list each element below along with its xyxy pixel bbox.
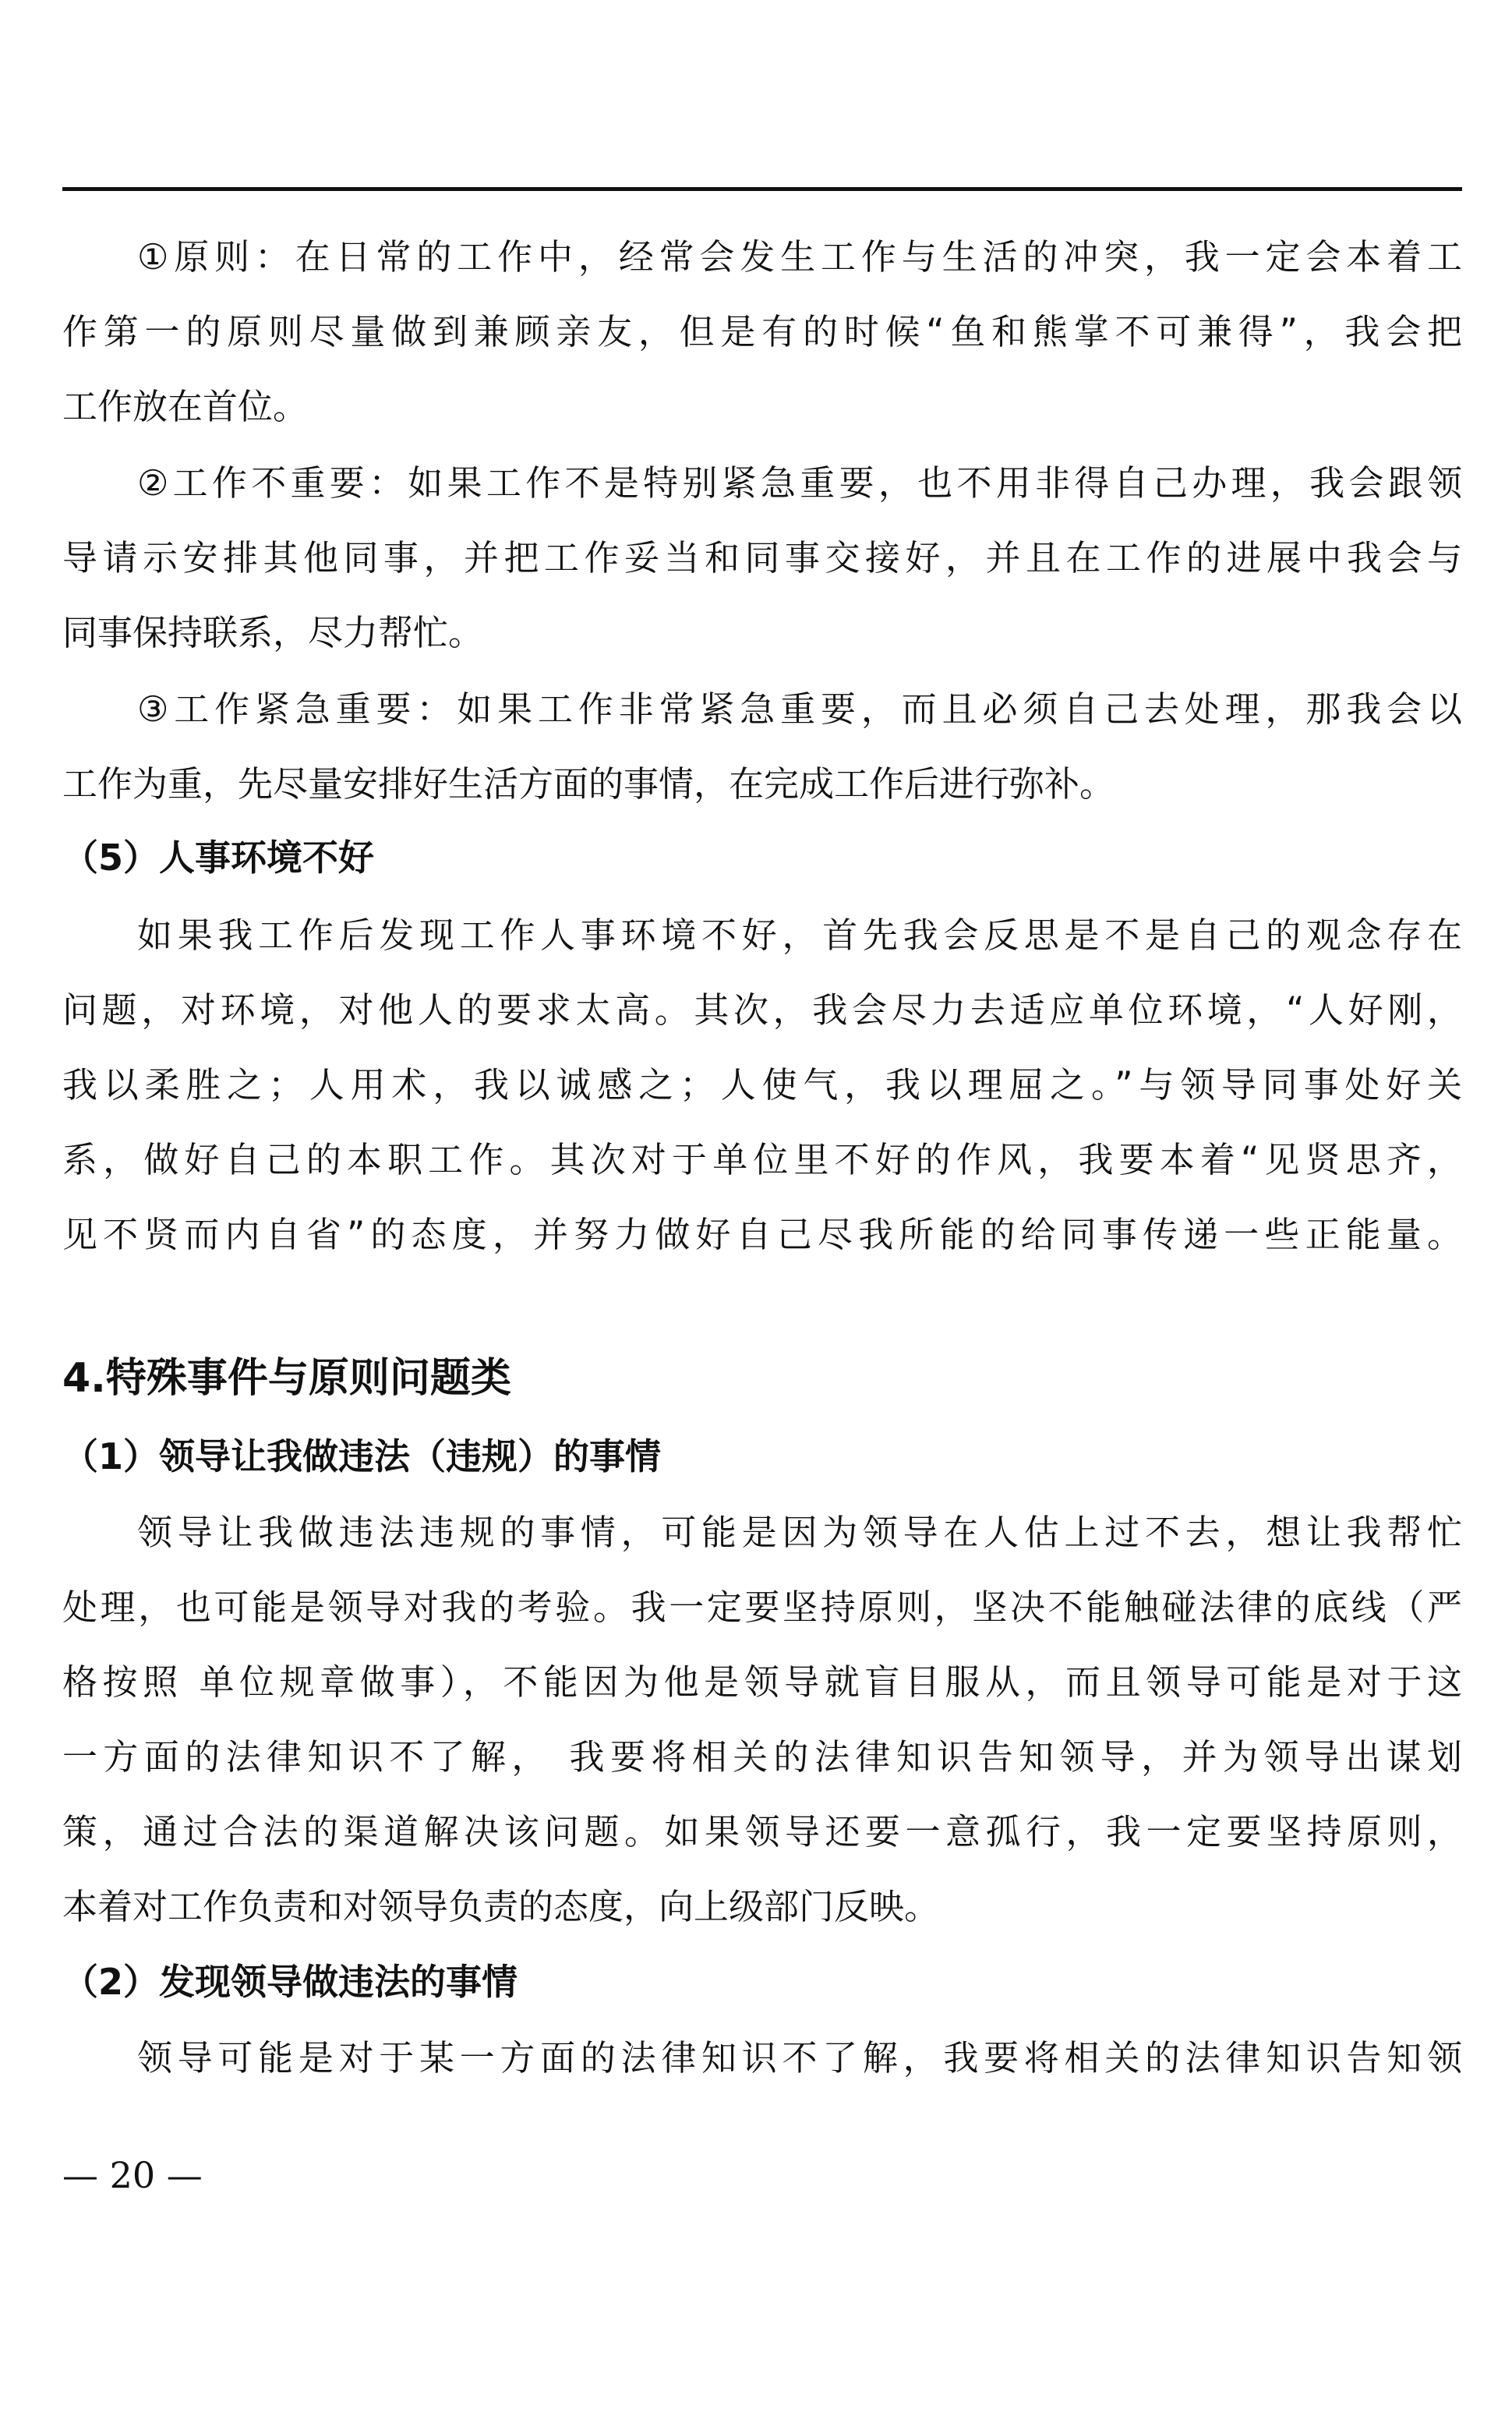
paragraph-line: 工作放在首位。 (62, 384, 1462, 430)
paragraph-line: 工作为重，先尽量安排好生活方面的事情，在完成工作后进行弥补。 (62, 761, 1462, 808)
paragraph-line: 导请示安排其他同事，并把工作妥当和同事交接好，并且在工作的进展中我会与 (62, 535, 1462, 582)
paragraph-line: 领导让我做违法违规的事情，可能是因为领导在人估上过不去，想让我帮忙 (62, 1509, 1462, 1556)
paragraph-line: 问题，对环境，对他人的要求太高。其次，我会尽力去适应单位环境，“人好刚， (62, 987, 1462, 1034)
section-heading: 4.特殊事件与原则问题类 (62, 1355, 1462, 1402)
subheading: （5）人事环境不好 (62, 834, 1462, 881)
paragraph-line: 格按照 单位规章做事），不能因为他是领导就盲目服从，而且领导可能是对于这 (62, 1659, 1462, 1706)
paragraph-line: 一方面的法律知识不了解， 我要将相关的法律知识告知领导，并为领导出谋划 (62, 1734, 1462, 1781)
paragraph-line: ②工作不重要：如果工作不是特别紧急重要，也不用非得自己办理，我会跟领 (62, 460, 1462, 507)
paragraph-line: ③工作紧急重要：如果工作非常紧急重要，而且必须自己去处理，那我会以 (62, 686, 1462, 733)
header-rule (62, 187, 1462, 191)
paragraph-line: 见不贤而内自省”的态度，并努力做好自己尽我所能的给同事传递一些正能量。 (62, 1212, 1462, 1258)
paragraph-line: 同事保持联系，尽力帮忙。 (62, 610, 1462, 656)
paragraph-line: 如果我工作后发现工作人事环境不好，首先我会反思是不是自己的观念存在 (62, 912, 1462, 959)
paragraph-line: 本着对工作负责和对领导负责的态度，向上级部门反映。 (62, 1884, 1462, 1930)
paragraph-line: 作第一的原则尽量做到兼顾亲友，但是有的时候“鱼和熊掌不可兼得”，我会把 (62, 309, 1462, 356)
paragraph-line: 系，做好自己的本职工作。其次对于单位里不好的作风，我要本着“见贤思齐， (62, 1137, 1462, 1183)
paragraph-line: ①原则：在日常的工作中，经常会发生工作与生活的冲突，我一定会本着工 (62, 234, 1462, 281)
paragraph-line: 处理，也可能是领导对我的考验。我一定要坚持原则，坚决不能触碰法律的底线（严 (62, 1584, 1462, 1631)
paragraph-line: 领导可能是对于某一方面的法律知识不了解，我要将相关的法律知识告知领 (62, 2035, 1462, 2082)
paragraph-line: 我以柔胜之；人用术，我以诚感之；人使气，我以理屈之。”与领导同事处好关 (62, 1062, 1462, 1109)
subheading: （2）发现领导做违法的事情 (62, 1958, 1462, 2005)
paragraph-line: 策，通过合法的渠道解决该问题。如果领导还要一意孤行，我一定要坚持原则， (62, 1809, 1462, 1856)
page-number: — 20 — (62, 2152, 203, 2199)
subheading: （1）领导让我做违法（违规）的事情 (62, 1433, 1462, 1480)
